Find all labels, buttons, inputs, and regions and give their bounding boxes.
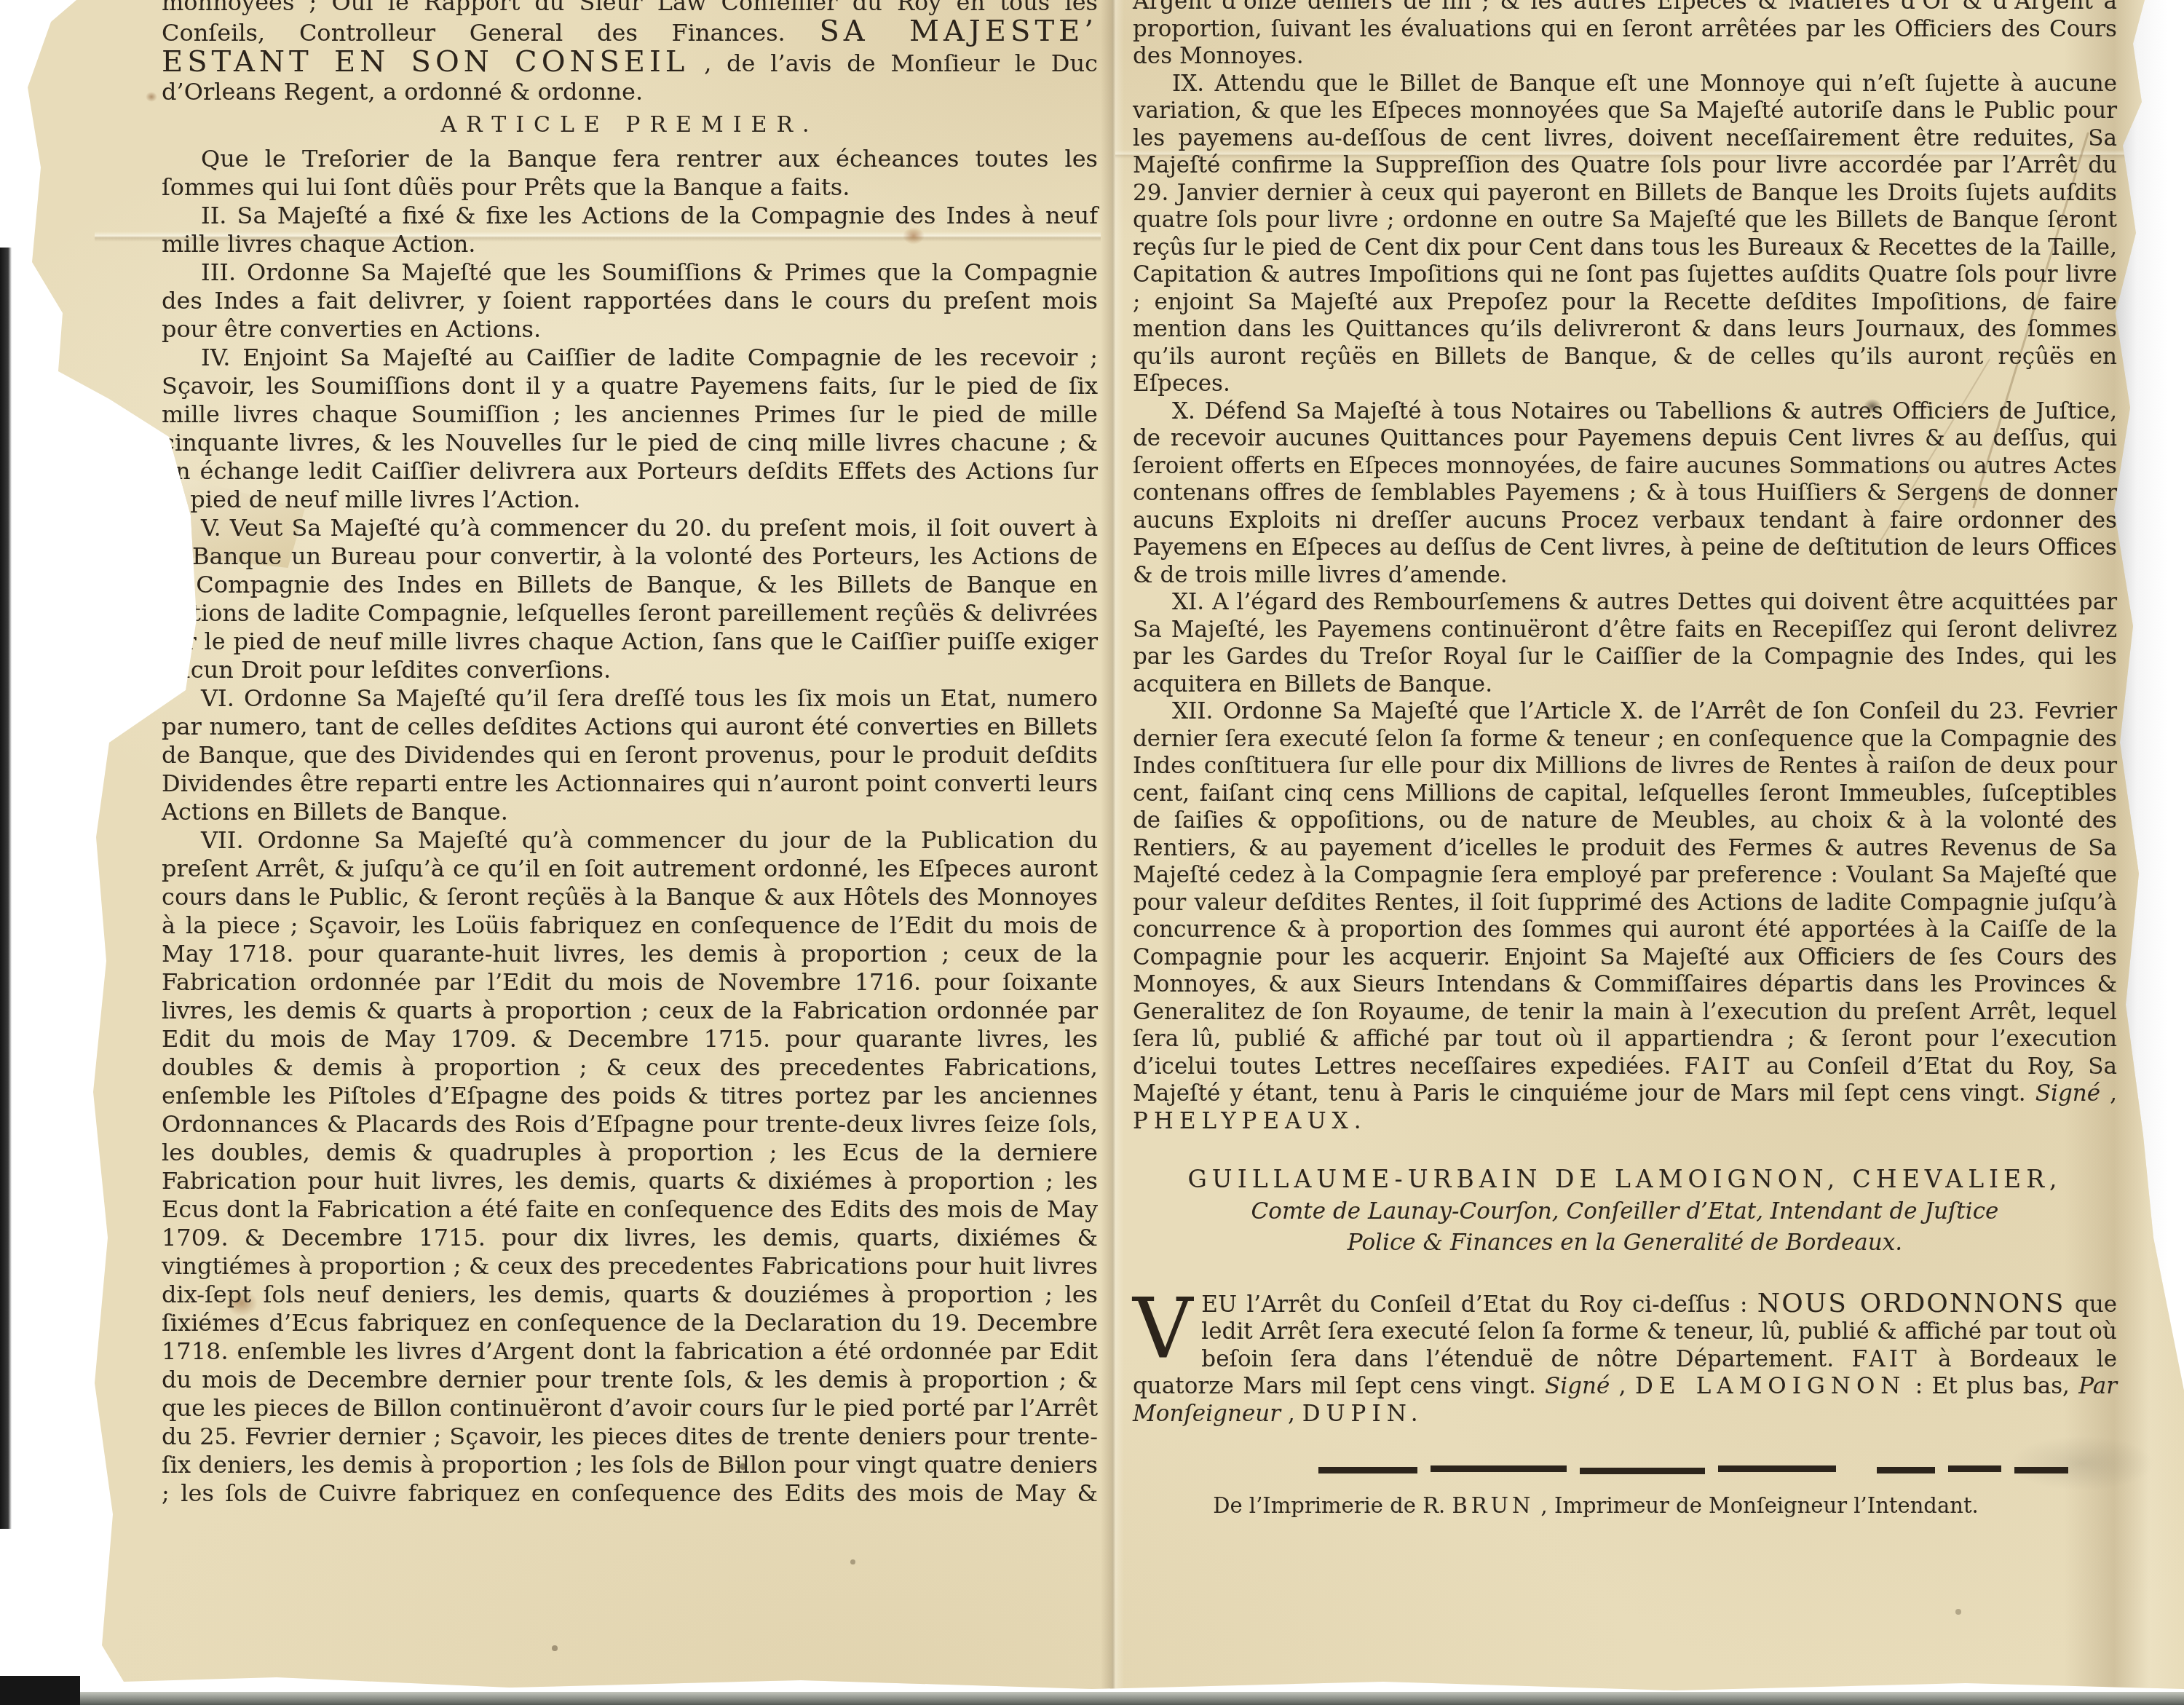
rule-dash <box>1580 1468 1706 1474</box>
phelypeaux-signature: PHELYPEAUX. <box>1133 1108 1367 1134</box>
separator: , <box>1288 1401 1302 1427</box>
article-2: II. Sa Majeſté a fixé & fixe les Actions… <box>162 202 1098 258</box>
preamble-paragraph: monnoyées ; Oui le Rapport du Sieur Law … <box>162 0 1098 106</box>
signe-label: Signé <box>1545 1373 1610 1399</box>
rule-dash <box>1431 1465 1566 1472</box>
lamoignon-signature: DE LAMOIGNON <box>1635 1373 1907 1399</box>
center-fold-crease <box>1101 0 1124 1705</box>
scanner-bottom-band <box>0 1692 2184 1705</box>
article-1: Que le Treſorier de la Banque fera rentr… <box>162 145 1098 202</box>
stain <box>146 92 157 102</box>
lamoignon-title: GUILLAUME-URBAIN DE LAMOIGNON, CHEVALIER… <box>1133 1166 2117 1193</box>
printer-imprint: De l’Imprimerie de R. BRUN , Imprimeur d… <box>1184 1492 2008 1520</box>
signe-label: Signé <box>2035 1080 2100 1107</box>
article-3: III. Ordonne Sa Majeſté que les Soumiſſi… <box>162 258 1098 344</box>
fait-smallcaps: FAIT <box>1851 1346 1920 1372</box>
rule-dash <box>1318 1467 1417 1473</box>
article-7: VII. Ordonne Sa Majeſté qu’à commencer d… <box>162 826 1098 1508</box>
article-9: IX. Attendu que le Billet de Banque eſt … <box>1133 71 2117 398</box>
dupin-signature: DUPIN. <box>1302 1401 1424 1427</box>
paper-sheet: monnoyées ; Oui le Rapport du Sieur Law … <box>0 0 2184 1705</box>
dropcap-v: V <box>1133 1291 1201 1361</box>
separator: , <box>2110 1080 2117 1107</box>
lamoignon-subtitle-line1: Comte de Launay-Courſon, Conſeiller d’Et… <box>1133 1196 2117 1227</box>
article-12-body: XII. Ordonne Sa Majeſté que l’Article X.… <box>1133 698 2117 1080</box>
article-10: X. Défend Sa Majeſté à tous Notaires ou … <box>1133 398 2117 590</box>
rule-gap <box>1849 1468 1864 1469</box>
rule-dash <box>1948 1465 2001 1472</box>
article-5: V. Veut Sa Majeſté qu’à commencer du 20.… <box>162 514 1098 684</box>
speck <box>850 1559 855 1564</box>
speck <box>1955 1609 1961 1615</box>
lamoignon-subtitle-line2: Police & Finances en la Generalité de Bo… <box>1133 1227 2117 1259</box>
article-11: XI. A l’égard des Rembourſemens & autres… <box>1133 589 2117 698</box>
imprint-post: , Imprimeur de Monſeigneur l’Intendant. <box>1541 1493 1979 1518</box>
veu-body3: : Et plus bas, <box>1915 1373 2078 1399</box>
printer-name: BRUN <box>1452 1493 1534 1518</box>
article-4: IV. Enjoint Sa Majeſté au Caiſſier de la… <box>162 344 1098 514</box>
nous-ordonnons-caps: NOUS ORDONNONS <box>1757 1289 2065 1318</box>
right-column: Argent d’onze deniers de fin ; & les aut… <box>1133 0 2117 1520</box>
scanner-edge-strip <box>0 248 12 1529</box>
article-12: XII. Ordonne Sa Majeſté que l’Article X.… <box>1133 698 2117 1135</box>
left-column: monnoyées ; Oui le Rapport du Sieur Law … <box>162 0 1098 1508</box>
rule-dash <box>2014 1467 2069 1473</box>
speck <box>552 1645 558 1651</box>
fait-smallcaps: FAIT <box>1685 1053 1753 1080</box>
scanner-corner-shadow <box>0 1676 80 1705</box>
imprint-pre: De l’Imprimerie de R. <box>1213 1493 1452 1518</box>
printer-rule <box>1318 1465 2068 1472</box>
article-6: VI. Ordonne Sa Majeſté qu’il ſera dreſſé… <box>162 684 1098 826</box>
lamoignon-subtitle: Comte de Launay-Courſon, Conſeiller d’Et… <box>1133 1196 2117 1259</box>
separator: , <box>1619 1373 1635 1399</box>
rule-dash <box>1718 1465 1836 1472</box>
rule-dash <box>1877 1467 1935 1473</box>
article-8-continuation: Argent d’onze deniers de fin ; & les aut… <box>1133 0 2117 71</box>
veu-lead: EU l’Arrêt du Conſeil d’Etat du Roy ci-d… <box>1201 1291 1757 1318</box>
article-premier-heading: ARTICLE PREMIER. <box>162 111 1098 139</box>
veu-ordonnance-paragraph: V EU l’Arrêt du Conſeil d’Etat du Roy ci… <box>1133 1291 2117 1428</box>
